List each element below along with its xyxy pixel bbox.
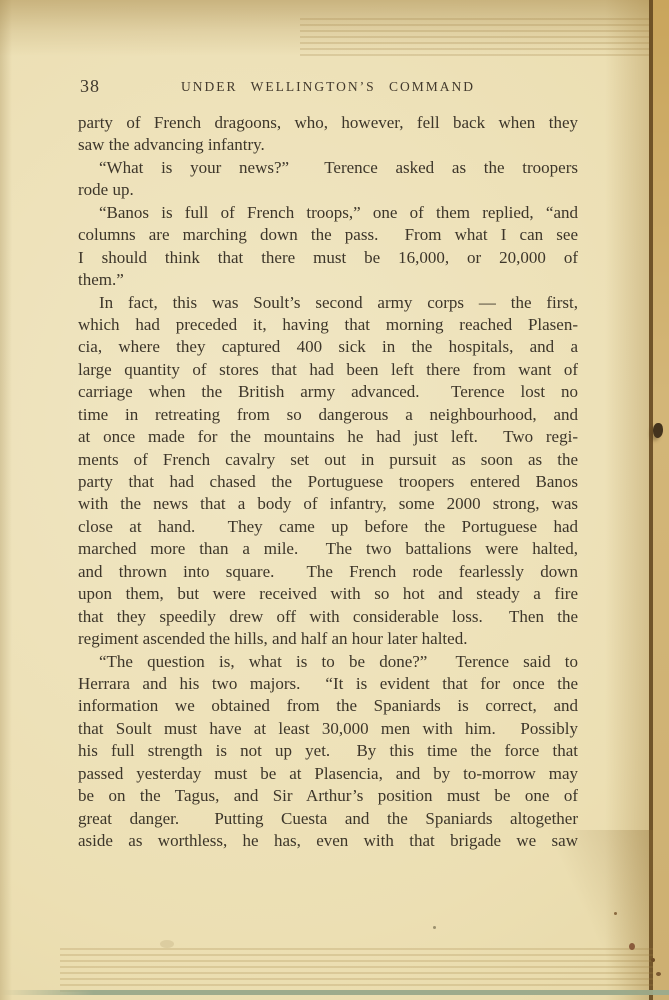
text-line: rode up. [78,179,578,201]
page-edge-left-shadow [0,0,12,1000]
paper-stain-spot [614,912,617,915]
text-line: ments of French cavalry set out in pursu… [78,449,578,471]
running-title: UNDER WELLINGTON’S COMMAND [78,79,578,95]
text-line: I should think that there must be 16,000… [78,247,578,269]
text-line: close at hand. They came up before the P… [78,516,578,538]
text-line: aside as worthless, he has, even with th… [78,830,578,852]
paragraph: “Banos is full of French troops,” one of… [78,202,578,292]
paper-stain-spot [629,943,635,950]
text-line: regiment ascended the hills, and half an… [78,628,578,650]
paragraph: “What is your news?” Terence asked as th… [78,157,578,202]
text-line: In fact, this was Soult’s second army co… [78,292,578,314]
text-line: Herrara and his two majors. “It is evide… [78,673,578,695]
text-line: with the news that a body of infantry, s… [78,493,578,515]
text-line: great danger. Putting Cuesta and the Spa… [78,808,578,830]
text-line: that they speedily drew off with conside… [78,606,578,628]
text-line: that Soult must have at least 30,000 men… [78,718,578,740]
text-line: which had preceded it, having that morni… [78,314,578,336]
text-line: “Banos is full of French troops,” one of… [78,202,578,224]
text-line: marched more than a mile. The two battal… [78,538,578,560]
text-line: his full strength is not up yet. By this… [78,740,578,762]
text-line: cia, where they captured 400 sick in the… [78,336,578,358]
text-line: passed yesterday must be at Plasencia, a… [78,763,578,785]
paragraph: In fact, this was Soult’s second army co… [78,292,578,651]
page-header: 38 UNDER WELLINGTON’S COMMAND [78,76,578,96]
text-line: information we obtained from the Spaniar… [78,695,578,717]
text-block: party of French dragoons, who, however, … [78,112,578,852]
text-line: party that had chased the Portuguese tro… [78,471,578,493]
text-line: columns are marching down the pass. From… [78,224,578,246]
paper-stain-spot [433,926,436,929]
text-line: “What is your news?” Terence asked as th… [78,157,578,179]
text-line: “The question is, what is to be done?” T… [78,651,578,673]
text-line: them.” [78,269,578,291]
text-line: and thrown into square. The French rode … [78,561,578,583]
text-line: carriage when the British army advanced.… [78,381,578,403]
page-stack-top-edges [300,18,651,58]
paragraph: party of French dragoons, who, however, … [78,112,578,157]
text-line: large quantity of stores that had been l… [78,359,578,381]
text-line: upon them, but were received with so hot… [78,583,578,605]
text-line: time in retreating from so dangerous a n… [78,404,578,426]
text-line: saw the advancing infantry. [78,134,578,156]
book-page-scan: 38 UNDER WELLINGTON’S COMMAND party of F… [0,0,669,1000]
text-line: party of French dragoons, who, however, … [78,112,578,134]
paragraph: “The question is, what is to be done?” T… [78,651,578,853]
paper-stain-spot [656,972,661,976]
text-line: be on the Tagus, and Sir Arthur’s positi… [78,785,578,807]
paper-smudge [160,940,174,948]
page-corner-curl-shadow [538,830,653,1000]
paper-stain-spot [651,958,655,962]
text-line: at once made for the mountains he had ju… [78,426,578,448]
